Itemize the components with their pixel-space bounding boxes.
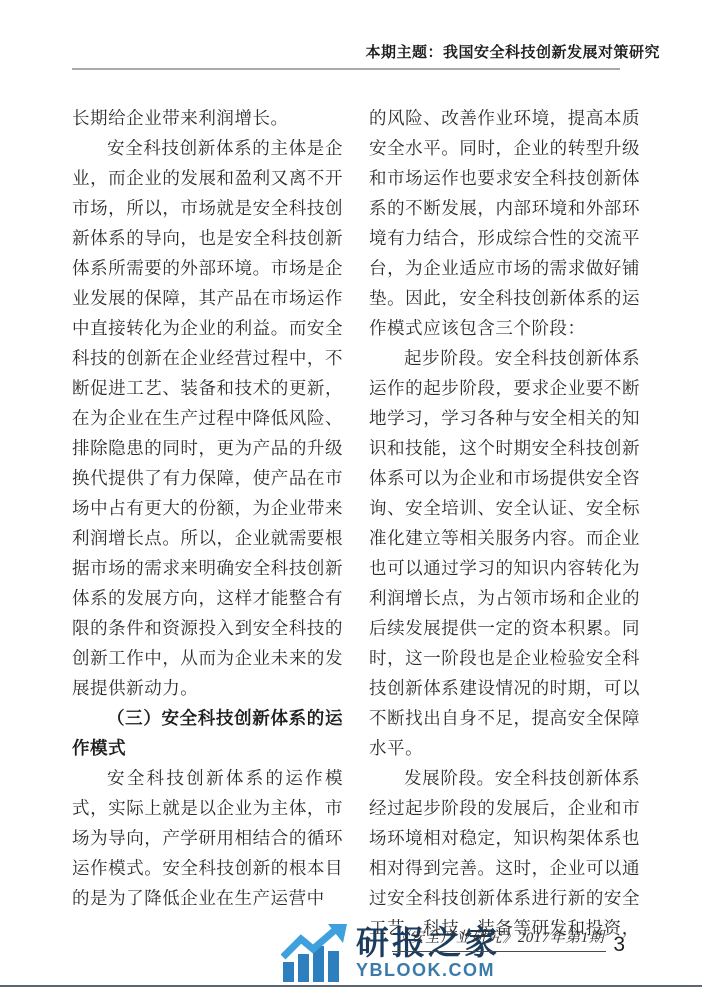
bottom-divider: [0, 985, 702, 987]
article-body: 长期给企业带来利润增长。 安全科技创新体系的主体是企业，而企业的发展和盈利又离不…: [0, 70, 702, 943]
right-column: 的风险、改善作业环境，提高本质安全水平。同时，企业的转型升级和市场运作也要求安全…: [369, 103, 640, 943]
paragraph-continuation: 的风险、改善作业环境，提高本质安全水平。同时，企业的转型升级和市场运作也要求安全…: [369, 103, 640, 343]
watermark-site: YBLOOK.COM: [356, 960, 500, 981]
section-heading: （三）安全科技创新体系的运作模式: [72, 703, 343, 763]
page-number: 3: [613, 933, 625, 957]
journal-citation: 《安全产业研究》2017年第1期: [392, 926, 607, 952]
header-topic: 本期主题：我国安全科技创新发展对策研究: [72, 44, 660, 62]
paragraph: 起步阶段。安全科技创新体系运作的起步阶段，要求企业要不断地学习，学习各种与安全相…: [369, 343, 640, 763]
footer-info: 《安全产业研究》2017年第1期 3: [392, 926, 625, 957]
left-column: 长期给企业带来利润增长。 安全科技创新体系的主体是企业，而企业的发展和盈利又离不…: [72, 103, 343, 943]
bar-chart-arrow-icon: [281, 924, 347, 982]
paragraph: 安全科技创新体系的主体是企业，而企业的发展和盈利又离不开市场，所以，市场就是安全…: [72, 133, 343, 703]
paragraph-continuation: 长期给企业带来利润增长。: [72, 103, 343, 133]
paragraph: 发展阶段。安全科技创新体系经过起步阶段的发展后，企业和市场环境相对稳定，知识构架…: [369, 763, 640, 943]
page-header: 本期主题：我国安全科技创新发展对策研究: [0, 0, 702, 70]
document-page: 本期主题：我国安全科技创新发展对策研究 长期给企业带来利润增长。 安全科技创新体…: [0, 0, 702, 990]
paragraph: 安全科技创新体系的运作模式，实际上就是以企业为主体，市场为导向，产学研用相结合的…: [72, 763, 343, 913]
